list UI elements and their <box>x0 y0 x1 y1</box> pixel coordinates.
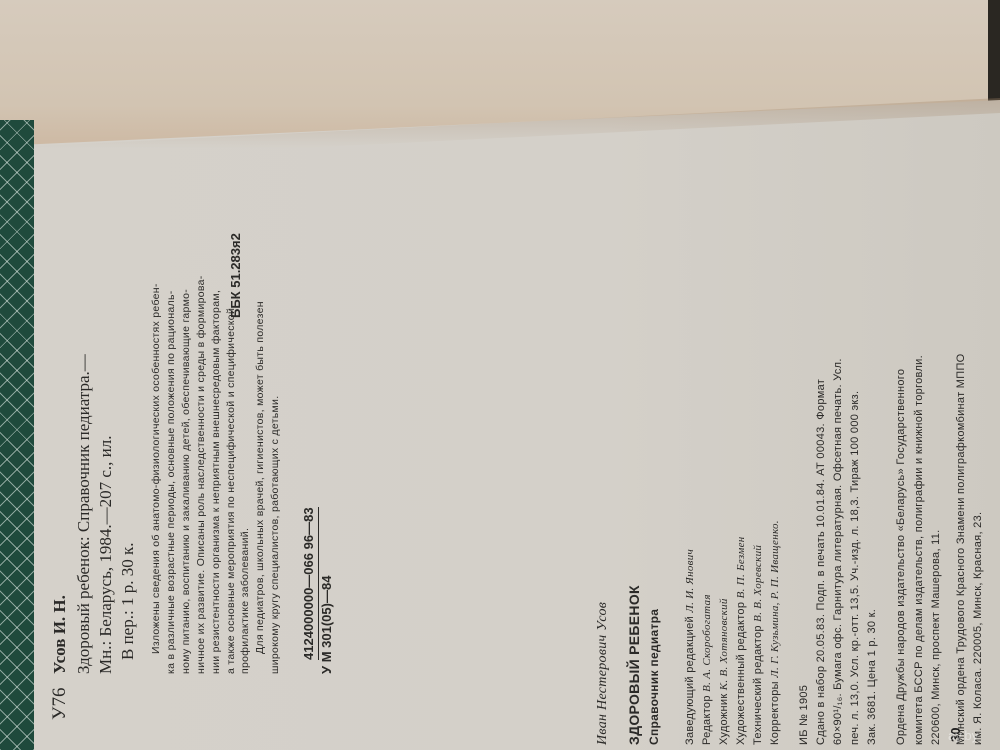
annotation-line: а также основные мероприятия по неспециф… <box>224 80 239 674</box>
credit-role: Редактор <box>701 695 713 745</box>
catalog-index: 4124000000—066 96—83 У М 301(05)—84 <box>301 80 336 720</box>
index-denominator: М 301(05)—84 <box>319 576 334 663</box>
annotation: Изложены сведения об анатомо-физиологиче… <box>149 80 283 720</box>
book-title: ЗДОРОВЫЙ РЕБЕНОК <box>624 245 646 745</box>
credit-line: Художественный редактор В. П. Безмен <box>733 245 750 745</box>
audience-line: Для педиатров, школьных врачей, гигиенис… <box>253 80 268 674</box>
print-detail-line: 60×90¹/₁₆. Бумага офс. Гарнитура литерат… <box>830 245 847 745</box>
author-heading: Усов И. Н. <box>50 595 69 674</box>
credit-role: Заведующий редакцией <box>684 616 696 745</box>
annotation-line: нии резистентности организма к неприятны… <box>209 80 224 674</box>
publisher-line: 220600, Минск, проспект Машерова, 11. <box>928 245 945 745</box>
printer-line: Минский ордена Трудового Красного Знамен… <box>953 245 970 745</box>
publication-line: Мн.: Беларусь, 1984.—207 с., ил. <box>95 80 117 720</box>
index-prefix: У <box>319 666 334 674</box>
author-full-name: Иван Нестерович Усов <box>592 245 614 745</box>
credit-line: Художник К. В. Хотяновский <box>716 245 733 745</box>
credit-line: Корректоры Л. Г. Кузьмина, Р. П. Иващенк… <box>767 245 784 745</box>
credit-line: Технический редактор В. В. Хоревский <box>750 245 767 745</box>
price-line: В пер.: 1 р. 30 к. <box>117 80 139 720</box>
credit-name: К. В. Хотяновский <box>718 598 730 690</box>
credit-role: Корректоры <box>769 681 781 745</box>
credit-line: Заведующий редакцией Л. И. Янович <box>682 245 699 745</box>
catalog-card: У76Усов И. Н. Здоровый ребенок: Справочн… <box>48 80 336 720</box>
publisher-line: комитета БССР по делам издательств, поли… <box>911 245 928 745</box>
audience-line: широкому кругу специалистов, работающих … <box>268 80 283 674</box>
catalog-heading: У76Усов И. Н. <box>48 80 73 720</box>
print-detail-line: Зак. 3681. Цена 1 р. 30 к. <box>864 245 881 745</box>
green-fabric-background <box>0 120 34 750</box>
annotation-line: профилактике заболеваний. <box>238 80 253 674</box>
annotation-line: ничное их развитие. Описаны роль наследс… <box>194 80 209 674</box>
watermark: ay.by <box>948 728 978 743</box>
annotation-line: ка в различные возрастные периоды, основ… <box>164 80 179 674</box>
credit-role: Художественный редактор <box>735 602 747 745</box>
credit-role: Художник <box>718 694 730 745</box>
printer-line: им. Я. Коласа. 220005, Минск, Красная, 2… <box>970 245 987 745</box>
imprint-block: Иван Нестерович Усов ЗДОРОВЫЙ РЕБЕНОК Сп… <box>592 245 987 745</box>
print-detail-line: Сдано в набор 20.05.83. Подп. в печать 1… <box>813 245 830 745</box>
index-numerator: 4124000000—066 96—83 <box>301 507 319 660</box>
book-cover-edge <box>988 0 1000 110</box>
credit-name: Л. Г. Кузьмина, Р. П. Иващенко. <box>769 520 781 678</box>
ib-number: ИБ № 1905 <box>796 245 813 745</box>
index-numerator-text: 4124000000—066 <box>301 553 316 660</box>
credit-name: В. В. Хоревский <box>752 545 764 622</box>
publisher-line: Ордена Дружбы народов издательство «Бела… <box>893 245 910 745</box>
credit-name: Л. И. Янович <box>684 549 696 613</box>
credit-line: Редактор В. А. Скоробогатая <box>699 245 716 745</box>
classification-code: У76 <box>48 674 73 720</box>
index-suffix-text: 96—83 <box>301 507 316 549</box>
print-detail-line: печ. л. 13,0. Усл. кр.-отт. 13,5. Уч.-из… <box>847 245 864 745</box>
book-title-line: Здоровый ребенок: Справочник педиатра.— <box>73 80 95 720</box>
credit-name: В. А. Скоробогатая <box>701 594 713 692</box>
book-subtitle: Справочник педиатра <box>645 245 664 745</box>
credit-name: В. П. Безмен <box>735 536 747 598</box>
bbk-code: ББК 51.283я2 <box>228 233 243 318</box>
annotation-line: Изложены сведения об анатомо-физиологиче… <box>149 80 164 674</box>
annotation-line: ному питанию, воспитанию и закаливанию д… <box>179 80 194 674</box>
credit-role: Технический редактор <box>752 625 764 745</box>
